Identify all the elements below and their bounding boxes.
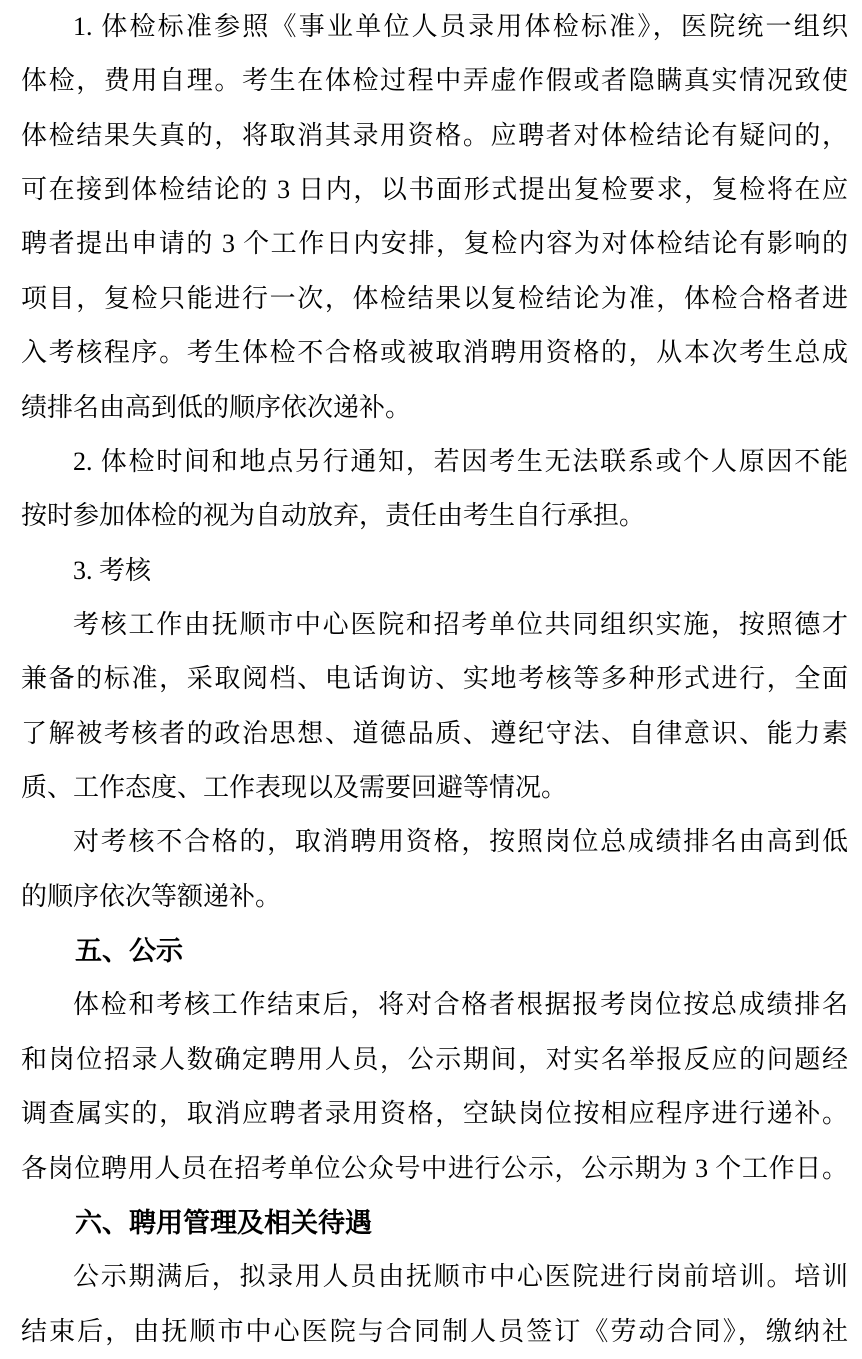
document-page: 1. 体检标准参照《事业单位人员录用体检标准》，医院统一组织 体检，费用自理。考…	[0, 0, 862, 1359]
text-line: 了解被考核者的政治思想、道德品质、遵纪守法、自律意识、能力素	[21, 707, 848, 761]
text-line: 入考核程序。考生体检不合格或被取消聘用资格的，从本次考生总成	[21, 326, 848, 380]
text-line: 体检结果失真的，将取消其录用资格。应聘者对体检结论有疑问的，	[21, 109, 848, 163]
text-line: 公示期满后，拟录用人员由抚顺市中心医院进行岗前培训。培训	[21, 1250, 848, 1304]
text-line: 结束后，由抚顺市中心医院与合同制人员签订《劳动合同》，缴纳社	[21, 1305, 848, 1359]
text-line: 考核工作由抚顺市中心医院和招考单位共同组织实施，按照德才	[21, 598, 848, 652]
text-line: 项目，复检只能进行一次，体检结果以复检结论为准，体检合格者进	[21, 272, 848, 326]
text-line: 各岗位聘用人员在招考单位公众号中进行公示，公示期为 3 个工作日。	[21, 1142, 848, 1196]
text-line: 的顺序依次等额递补。	[21, 870, 848, 924]
text-line: 对考核不合格的，取消聘用资格，按照岗位总成绩排名由高到低	[21, 815, 848, 869]
text-line: 绩排名由高到低的顺序依次递补。	[21, 381, 848, 435]
section-heading: 六、聘用管理及相关待遇	[21, 1196, 848, 1250]
section-heading: 五、公示	[21, 924, 848, 978]
text-line: 按时参加体检的视为自动放弃，责任由考生自行承担。	[21, 489, 848, 543]
text-line: 体检和考核工作结束后，将对合格者根据报考岗位按总成绩排名	[21, 978, 848, 1032]
text-line: 可在接到体检结论的 3 日内，以书面形式提出复检要求，复检将在应	[21, 163, 848, 217]
text-line: 兼备的标准，采取阅档、电话询访、实地考核等多种形式进行，全面	[21, 652, 848, 706]
text-line: 2. 体检时间和地点另行通知，若因考生无法联系或个人原因不能	[21, 435, 848, 489]
text-line: 调查属实的，取消应聘者录用资格，空缺岗位按相应程序进行递补。	[21, 1087, 848, 1141]
text-line: 1. 体检标准参照《事业单位人员录用体检标准》，医院统一组织	[21, 0, 848, 54]
text-line: 质、工作态度、工作表现以及需要回避等情况。	[21, 761, 848, 815]
text-line: 和岗位招录人数确定聘用人员，公示期间，对实名举报反应的问题经	[21, 1033, 848, 1087]
text-line: 体检，费用自理。考生在体检过程中弄虚作假或者隐瞒真实情况致使	[21, 54, 848, 108]
text-line: 3. 考核	[21, 544, 848, 598]
text-line: 聘者提出申请的 3 个工作日内安排，复检内容为对体检结论有影响的	[21, 217, 848, 271]
